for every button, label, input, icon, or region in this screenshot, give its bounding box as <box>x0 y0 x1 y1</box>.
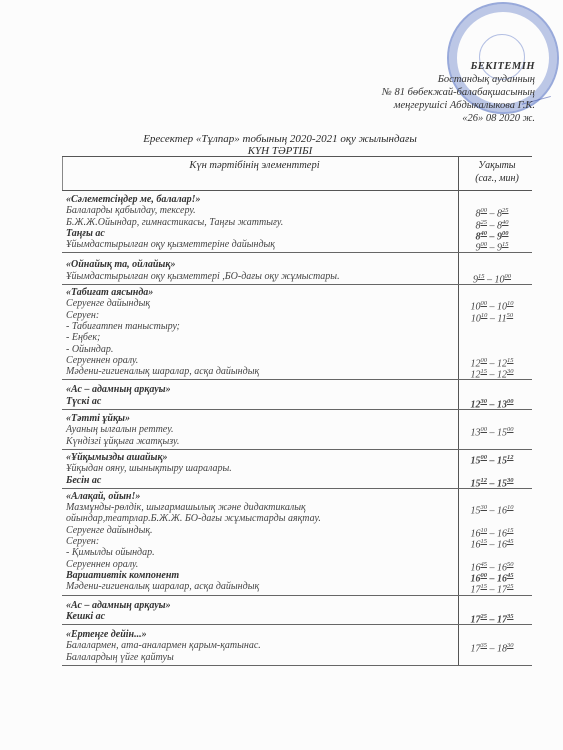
activity-text: Серуенге дайындық.1610 – 1615 <box>62 525 532 536</box>
table-body: «Сәлеметсіңдер ме, балалар!»Балаларды қа… <box>62 191 532 666</box>
activity-text: Б.Ж.Ж.Ойындар, гимнастикасы, Таңғы жатты… <box>62 217 532 228</box>
activity-text: ойындар,театрлар.Б.Ж.Ж. БО-дағы жұмыстар… <box>62 513 532 524</box>
activity-text: - Табиғатпен таныстыру; <box>62 321 532 332</box>
activity-text: - Еңбек; <box>62 332 532 343</box>
activity-text: «Алақай, ойын!» <box>62 491 532 502</box>
header-elements: Күн тәртібінің элементтері <box>62 160 447 171</box>
activity-text: «Тәтті ұйқы» <box>62 413 532 424</box>
activity-text: Балалармен, ата-аналармен қарым-қатынас.… <box>62 640 532 651</box>
activity-text: Түскі ас1230 – 1300 <box>62 396 532 407</box>
table-header: Күн тәртібінің элементтері Уақыты (сағ.,… <box>62 156 532 191</box>
activity-text: Вариативтік компонент1600 – 1645 <box>62 570 532 581</box>
activity-text: «Ұйқымызды ашайық»1500 – 1512 <box>62 452 532 463</box>
activity-text: Таңғы ас840 – 900 <box>62 228 532 239</box>
activity-text: Мәдени-гигиеналық шаралар, асқа дайындық… <box>62 366 532 377</box>
approval-date: «26» 08 2020 ж. <box>382 112 535 125</box>
table-row: «Ертеңге дейін...»Балалармен, ата-аналар… <box>62 625 532 666</box>
approval-line-1: Бостандық ауданның <box>382 73 535 86</box>
activity-text: Балалардың үйге қайтуы <box>62 652 532 663</box>
document-heading: Ересектер «Тұлпар» тобының 2020-2021 оқу… <box>60 133 500 157</box>
document-subtitle: Ересектер «Тұлпар» тобының 2020-2021 оқу… <box>60 133 500 145</box>
header-time: Уақыты (сағ., мин) <box>462 159 532 185</box>
activity-text: Мазмұнды-рөлдік, шығармашылық және дидак… <box>62 502 532 513</box>
activity-text: «Сәлеметсіңдер ме, балалар!» <box>62 194 532 205</box>
activity-text: «Табиғат аясында» <box>62 287 532 298</box>
activity-text: Серуенге дайындық1000 – 1010 <box>62 298 532 309</box>
activity-text: Серуен:1615 – 1645 <box>62 536 532 547</box>
activity-text: Серуеннен оралу.1645 – 1650 <box>62 559 532 570</box>
activity-text: Кешкі ас1725 – 1735 <box>62 611 532 622</box>
table-row: «Ұйқымызды ашайық»1500 – 1512Ұйқыдан оян… <box>62 450 532 489</box>
header-time-label: Уақыты <box>462 159 532 172</box>
activity-text: Серуеннен оралу.1200 – 1215 <box>62 355 532 366</box>
header-time-unit: (сағ., мин) <box>462 172 532 185</box>
activity-text: Ауаның ылғалын реттеу.1300 – 1500 <box>62 424 532 435</box>
approval-line-2: № 81 бөбекжай-балабақшасының <box>382 86 535 99</box>
activity-text: Серуен:1010 – 1150 <box>62 310 532 321</box>
document-page: БЕКІТЕМІН Бостандық ауданның № 81 бөбекж… <box>0 0 563 750</box>
table-row: «Алақай, ойын!»Мазмұнды-рөлдік, шығармаш… <box>62 489 532 596</box>
table-row: «Тәтті ұйқы»Ауаның ылғалын реттеу.1300 –… <box>62 410 532 450</box>
table-row: «Ойнайық та, ойлайық»Ұйымдастырылған оқу… <box>62 253 532 285</box>
activity-text: Мәдени-гигиеналық шаралар, асқа дайындық… <box>62 581 532 592</box>
activity-text: Күндізгі ұйқыға жатқызу. <box>62 436 532 447</box>
activity-text: Балаларды қабылдау, тексеру.800 – 825 <box>62 205 532 216</box>
schedule-table: Күн тәртібінің элементтері Уақыты (сағ.,… <box>62 156 532 666</box>
approval-title: БЕКІТЕМІН <box>382 60 535 73</box>
row-divider <box>62 665 532 666</box>
activity-text: «Ас – адамның арқауы» <box>62 600 532 611</box>
table-row: «Сәлеметсіңдер ме, балалар!»Балаларды қа… <box>62 191 532 253</box>
table-row: «Ас – адамның арқауы»Түскі ас1230 – 1300 <box>62 380 532 410</box>
activity-text: «Ертеңге дейін...» <box>62 629 532 640</box>
activity-text: Ұйқыдан ояну, шынықтыру шаралары. <box>62 463 532 474</box>
approval-line-3: меңгерушісі Абдыкалыкова Г.К. <box>382 99 535 112</box>
activity-text: - Қимылды ойындар. <box>62 547 532 558</box>
activity-text: «Ойнайық та, ойлайық» <box>62 259 532 270</box>
activity-text: Ұйымдастырылған оқу қызметтері ,БО-дағы … <box>62 271 532 282</box>
table-row: «Ас – адамның арқауы»Кешкі ас1725 – 1735 <box>62 596 532 626</box>
activity-text: - Ойындар. <box>62 344 532 355</box>
activity-text: Бесін ас1512 – 1530 <box>62 475 532 486</box>
table-row: «Табиғат аясында»Серуенге дайындық1000 –… <box>62 285 532 380</box>
activity-text: «Ас – адамның арқауы» <box>62 384 532 395</box>
approval-block: БЕКІТЕМІН Бостандық ауданның № 81 бөбекж… <box>382 60 535 125</box>
activity-text: Ұйымдастырылған оқу қызметтеріне дайынды… <box>62 239 532 250</box>
